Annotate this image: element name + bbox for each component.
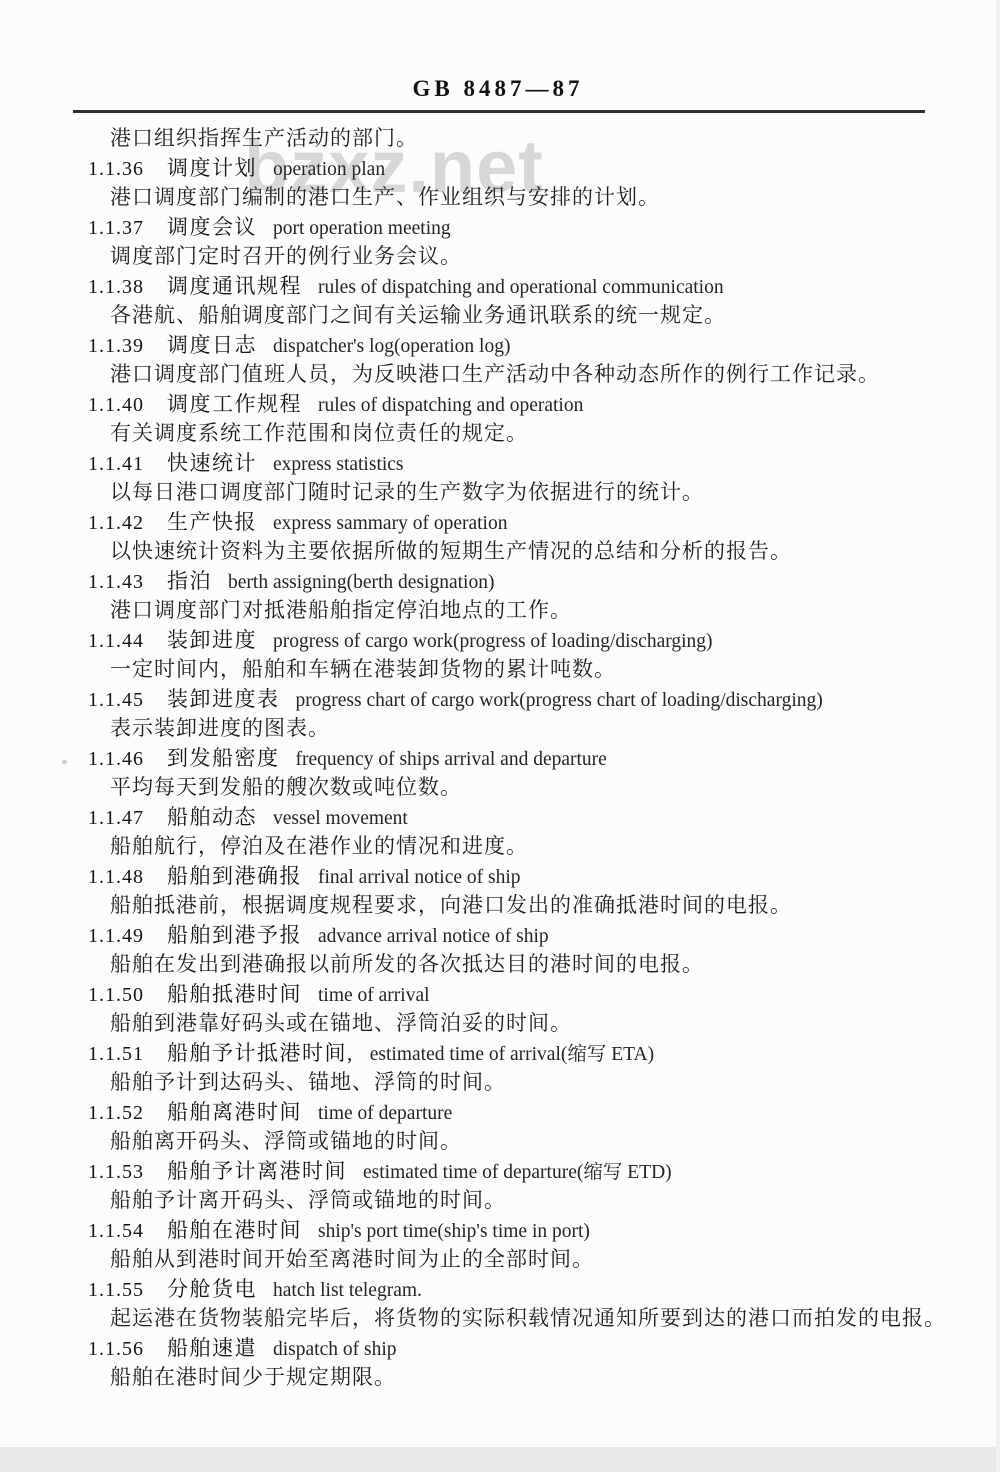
term-chinese: 船舶予计离港时间	[167, 1159, 347, 1183]
term-number: 1.1.44	[88, 627, 148, 657]
term-chinese: 船舶到港予报	[167, 923, 302, 947]
term-definition-line: 有关调度系统工作范围和岗位责任的规定。	[0, 419, 1000, 449]
term-line: 1.1.36调度计划operation plan	[0, 154, 1000, 184]
term-chinese: 船舶在港时间	[167, 1218, 302, 1242]
term-line: 1.1.53船舶予计离港时间estimated time of departur…	[0, 1157, 1000, 1187]
term-definition-line: 表示装卸进度的图表。	[0, 714, 1000, 744]
term-line: 1.1.52船舶离港时间time of departure	[0, 1098, 1000, 1128]
term-english: estimated time of departure(缩写 ETD)	[363, 1162, 672, 1183]
term-chinese: 调度计划	[167, 156, 257, 180]
term-number: 1.1.46	[88, 745, 148, 775]
term-line: 1.1.43指泊berth assigning(berth designatio…	[0, 567, 1000, 597]
term-definition-line: 港口调度部门编制的港口生产、作业组织与安排的计划。	[0, 183, 1000, 213]
term-line: 1.1.47船舶动态vessel movement	[0, 803, 1000, 833]
term-english: progress of cargo work(progress of loadi…	[273, 631, 713, 652]
term-line: 1.1.37调度会议port operation meeting	[0, 213, 1000, 243]
term-line: 1.1.44装卸进度progress of cargo work(progres…	[0, 626, 1000, 656]
term-english: hatch list telegram.	[273, 1280, 422, 1301]
term-definition-line: 船舶航行，停泊及在港作业的情况和进度。	[0, 832, 1000, 862]
term-number: 1.1.50	[88, 981, 148, 1011]
page-bottom-edge	[0, 1447, 996, 1472]
term-chinese: 船舶到港确报	[167, 864, 302, 888]
term-number: 1.1.55	[88, 1276, 148, 1306]
term-chinese: 船舶予计抵港时间,	[167, 1041, 354, 1065]
term-definition-line: 船舶予计离开码头、浮筒或锚地的时间。	[0, 1186, 1000, 1216]
term-definition-line: 以快速统计资料为主要依据所做的短期生产情况的总结和分析的报告。	[0, 537, 1000, 567]
term-english: express statistics	[273, 454, 404, 475]
term-number: 1.1.37	[88, 214, 148, 244]
term-english: port operation meeting	[273, 218, 451, 239]
terms-list: 港口组织指挥生产活动的部门。1.1.36调度计划operation plan港口…	[0, 124, 1000, 1393]
term-chinese: 快速统计	[167, 451, 257, 475]
term-english: estimated time of arrival(缩写 ETA)	[370, 1044, 654, 1065]
term-definition-line: 平均每天到发船的艘次数或吨位数。	[0, 773, 1000, 803]
term-english: final arrival notice of ship	[318, 867, 521, 888]
term-definition-line: 调度部门定时召开的例行业务会议。	[0, 242, 1000, 272]
document-page: bzxz.net GB 8487—87 港口组织指挥生产活动的部门。1.1.36…	[0, 0, 1000, 1472]
term-definition-line: 港口调度部门对抵港船舶指定停泊地点的工作。	[0, 596, 1000, 626]
term-number: 1.1.42	[88, 509, 148, 539]
term-english: dispatch of ship	[273, 1339, 396, 1360]
term-definition-line: 船舶在发出到港确报以前所发的各次抵达目的港时间的电报。	[0, 950, 1000, 980]
term-number: 1.1.53	[88, 1158, 148, 1188]
standard-number: GB 8487—87	[0, 76, 996, 102]
term-line: 1.1.55分舱货电hatch list telegram.	[0, 1275, 1000, 1305]
term-english: progress chart of cargo work(progress ch…	[296, 690, 823, 711]
term-number: 1.1.43	[88, 568, 148, 598]
term-line: 1.1.49船舶到港予报advance arrival notice of sh…	[0, 921, 1000, 951]
term-number: 1.1.45	[88, 686, 148, 716]
term-english: rules of dispatching and operation	[318, 395, 583, 416]
term-chinese: 装卸进度表	[167, 687, 280, 711]
term-number: 1.1.51	[88, 1040, 148, 1070]
term-definition-line: 以每日港口调度部门随时记录的生产数字为依据进行的统计。	[0, 478, 1000, 508]
term-english: operation plan	[273, 159, 385, 180]
term-chinese: 调度日志	[167, 333, 257, 357]
term-definition-line: 船舶抵港前，根据调度规程要求，向港口发出的准确抵港时间的电报。	[0, 891, 1000, 921]
term-number: 1.1.36	[88, 155, 148, 185]
term-chinese: 船舶速遣	[167, 1336, 257, 1360]
term-line: 1.1.41快速统计express statistics	[0, 449, 1000, 479]
term-number: 1.1.56	[88, 1335, 148, 1365]
term-english: express sammary of operation	[273, 513, 507, 534]
term-english: ship's port time(ship's time in port)	[318, 1221, 590, 1242]
term-number: 1.1.48	[88, 863, 148, 893]
term-line: 1.1.45装卸进度表progress chart of cargo work(…	[0, 685, 1000, 715]
term-line: 1.1.39调度日志dispatcher's log(operation log…	[0, 331, 1000, 361]
term-definition-line: 起运港在货物装船完毕后，将货物的实际积载情况通知所要到达的港口而拍发的电报。	[0, 1304, 1000, 1334]
term-chinese: 调度通讯规程	[167, 274, 302, 298]
term-chinese: 船舶动态	[167, 805, 257, 829]
term-english: frequency of ships arrival and departure	[296, 749, 607, 770]
term-line: 1.1.50船舶抵港时间time of arrival	[0, 980, 1000, 1010]
term-english: dispatcher's log(operation log)	[273, 336, 510, 357]
term-definition-line: 船舶予计到达码头、锚地、浮筒的时间。	[0, 1068, 1000, 1098]
term-english: rules of dispatching and operational com…	[318, 277, 724, 298]
term-line: 1.1.38调度通讯规程rules of dispatching and ope…	[0, 272, 1000, 302]
term-english: vessel movement	[273, 808, 408, 829]
term-definition-line: 船舶从到港时间开始至离港时间为止的全部时间。	[0, 1245, 1000, 1275]
term-chinese: 装卸进度	[167, 628, 257, 652]
term-english: berth assigning(berth designation)	[228, 572, 494, 593]
term-chinese: 船舶离港时间	[167, 1100, 302, 1124]
term-chinese: 生产快报	[167, 510, 257, 534]
term-chinese: 分舱货电	[167, 1277, 257, 1301]
term-definition-line: 港口调度部门值班人员，为反映港口生产活动中各种动态所作的例行工作记录。	[0, 360, 1000, 390]
term-number: 1.1.38	[88, 273, 148, 303]
term-line: 1.1.42生产快报express sammary of operation	[0, 508, 1000, 538]
term-definition-line: 船舶到港靠好码头或在锚地、浮筒泊妥的时间。	[0, 1009, 1000, 1039]
term-chinese: 到发船密度	[167, 746, 280, 770]
term-number: 1.1.54	[88, 1217, 148, 1247]
term-line: 1.1.48船舶到港确报final arrival notice of ship	[0, 862, 1000, 892]
term-number: 1.1.39	[88, 332, 148, 362]
term-english: advance arrival notice of ship	[318, 926, 549, 947]
term-line: 1.1.46到发船密度frequency of ships arrival an…	[0, 744, 1000, 774]
term-english: time of arrival	[318, 985, 430, 1006]
term-line: 1.1.54船舶在港时间ship's port time(ship's time…	[0, 1216, 1000, 1246]
term-definition-line: 船舶离开码头、浮筒或锚地的时间。	[0, 1127, 1000, 1157]
term-chinese: 调度工作规程	[167, 392, 302, 416]
term-definition-line: 一定时间内，船舶和车辆在港装卸货物的累计吨数。	[0, 655, 1000, 685]
term-english: time of departure	[318, 1103, 452, 1124]
term-number: 1.1.49	[88, 922, 148, 952]
term-line: 1.1.40调度工作规程rules of dispatching and ope…	[0, 390, 1000, 420]
term-number: 1.1.41	[88, 450, 148, 480]
term-chinese: 船舶抵港时间	[167, 982, 302, 1006]
term-definition-line: 各港航、船舶调度部门之间有关运输业务通讯联系的统一规定。	[0, 301, 1000, 331]
term-number: 1.1.52	[88, 1099, 148, 1129]
header-rule	[73, 110, 925, 113]
term-line: 1.1.51船舶予计抵港时间,estimated time of arrival…	[0, 1039, 1000, 1069]
term-number: 1.1.40	[88, 391, 148, 421]
term-line: 1.1.56船舶速遣dispatch of ship	[0, 1334, 1000, 1364]
continuation-definition-line: 港口组织指挥生产活动的部门。	[0, 124, 1000, 154]
term-number: 1.1.47	[88, 804, 148, 834]
term-chinese: 指泊	[167, 569, 212, 593]
term-chinese: 调度会议	[167, 215, 257, 239]
term-definition-line: 船舶在港时间少于规定期限。	[0, 1363, 1000, 1393]
